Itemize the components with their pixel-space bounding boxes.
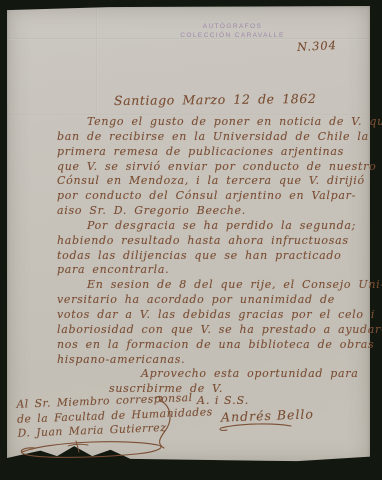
- body-line: laboriosidad con que V. se ha prestado a…: [57, 323, 363, 338]
- manuscript-photo: AUTÓGRAFOS COLECCIÓN CARAVALLE N.304 San…: [0, 0, 382, 480]
- body-line: que V. se sirvió enviar por conducto de …: [57, 160, 363, 175]
- catalog-number: N.304: [297, 38, 338, 54]
- letter-body: Tengo el gusto de poner en noticia de V.…: [57, 115, 363, 397]
- body-line: Por desgracia se ha perdido la segunda;: [87, 219, 363, 234]
- body-line: En sesion de 8 del que rije, el Consejo …: [87, 278, 363, 293]
- stamp-line-2: COLECCIÓN CARAVALLE: [150, 31, 315, 40]
- body-line: ban de recibirse en la Universidad de Ch…: [57, 130, 363, 145]
- body-line: Cónsul en Mendoza, i la tercera que V. d…: [57, 174, 363, 189]
- body-line: Tengo el gusto de poner en noticia de V.…: [87, 115, 363, 130]
- body-line: por conducto del Cónsul arjentino en Val…: [57, 189, 363, 204]
- body-line: aiso Sr. D. Gregorio Beeche.: [57, 204, 363, 219]
- signature-flourish: [215, 421, 295, 433]
- body-line: votos dar a V. las debidas gracias por e…: [57, 308, 363, 323]
- stamp-line-1: AUTÓGRAFOS: [150, 22, 315, 31]
- body-line: hispano-americanas.: [57, 353, 363, 368]
- body-line: nos en la formacion de una biblioteca de…: [57, 338, 363, 353]
- body-line: primera remesa de publicaciones arjentin…: [57, 145, 363, 160]
- body-line: para encontrarla.: [57, 263, 363, 278]
- rubric-flourish: [16, 437, 168, 463]
- body-line: versitario ha acordado por unanimidad de: [57, 293, 363, 308]
- fold-crease: [96, 8, 98, 114]
- dateline: Santiago Marzo 12 de 1862: [114, 91, 317, 108]
- addressee-block: Al Sr. Miembro corresponsal de la Facult…: [16, 390, 213, 441]
- collection-stamp: AUTÓGRAFOS COLECCIÓN CARAVALLE: [150, 22, 315, 40]
- body-line: todas las dilijencias que se han practic…: [57, 249, 363, 264]
- body-line: Aprovecho esta oportunidad para: [141, 367, 363, 382]
- body-line: habiendo resultado hasta ahora infructuo…: [57, 234, 363, 249]
